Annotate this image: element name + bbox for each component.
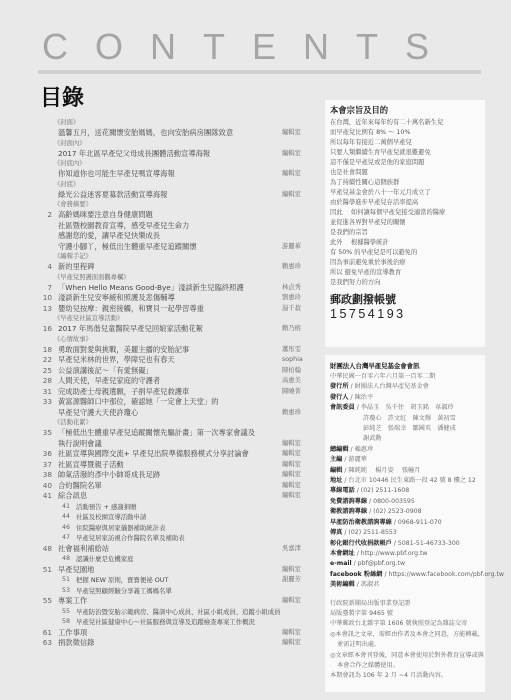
page-number: 25 — [38, 366, 58, 377]
entry-author: 蕭彤雯 — [279, 345, 318, 356]
entry-title: 高齡媽咪要注意自身健康問題 — [58, 210, 279, 221]
field-label: 主編 — [330, 456, 342, 463]
entry-title: 社區宣導暨親子活動 — [58, 460, 279, 471]
colophon-field: 傳真 / (02) 2511-8553 — [330, 528, 485, 538]
spacer — [325, 591, 485, 599]
mission-line: 有 50% 的早產兒是可以避免的 — [330, 248, 485, 258]
account-title: 郵政劃撥帳號 — [330, 293, 485, 306]
page-number: 58 — [38, 617, 76, 628]
toc-entry[interactable]: 37社區宣導暨親子活動編輯室 — [38, 460, 318, 471]
field-value: pbf@pbf.org.tw — [358, 560, 405, 567]
toc-entry[interactable]: 48社會福利補給站吳嘉津 — [38, 544, 318, 555]
field-label: 衛教諮詢專線 — [330, 508, 367, 515]
toc-section-label: 《封底》 — [38, 180, 318, 190]
entry-title: 捐款徵信錄 — [58, 638, 279, 649]
entry-author: 編輯室 — [279, 460, 318, 471]
toc-subentry[interactable]: 53早產兒照顧經驗分享義工媽媽名單 — [38, 586, 318, 597]
entry-title: 完成助產士母親遺願，子捐早產兒救護車 — [58, 387, 279, 398]
entry-title: 執行說明會議 — [58, 439, 279, 450]
entry-author: 編輯室 — [279, 169, 318, 180]
page-number: 40 — [38, 481, 58, 492]
page-number: 55 — [38, 596, 58, 607]
toc-section-label: 《心情故事》 — [38, 335, 318, 345]
field-value: 5081-51-46733-300 — [398, 540, 460, 547]
toc-subentry[interactable]: 51把握 NEW 原則，寶寶便祕 OUT謝麗芳 — [38, 575, 318, 586]
table-of-contents: 《封面》溫馨五月，送花關懷安胎媽媽，也向安胎病房團隊致意編輯室《封面內》2017… — [38, 118, 318, 649]
colophon-field: 地址 / 台北市 10446 民生東路一段 42 號 8 樓之 12 — [330, 476, 485, 486]
toc-entry[interactable]: 63捐款徵信錄編輯室 — [38, 638, 318, 649]
colophon-field: facebook 粉絲網 / https://www.facebook.com/… — [330, 570, 485, 580]
entry-title: 活動預告 + 感謝捐贈 — [76, 502, 279, 513]
toc-subentry[interactable]: 55早產防治暨安胎示範病房、醫訓中心成員、社區小組成員、追蹤小組成員 — [38, 607, 318, 618]
entry-title: 嬰幼兒按摩：親密接觸，和寶貝一起學習尊重 — [58, 304, 279, 315]
mission-line: 在台灣，近年來每年約有二十萬名新生兒 — [330, 118, 485, 128]
committee-line: 謝武勳 — [363, 434, 485, 444]
field-value: 馮淑君 — [361, 581, 380, 588]
entry-title: 住院醫療與居家儀器補助統計表 — [76, 523, 279, 534]
toc-entry[interactable]: 4新的里程碑賴惠珍 — [38, 262, 318, 273]
entry-title: 淺談新生兒安寧緩和照護及悲傷輔導 — [58, 293, 279, 304]
toc-subentry[interactable]: 47早產兒居家訪視合作醫院名單及補助表 — [38, 533, 318, 544]
note-line: 本期會訊為 106 年 2 月 ~4 月活動內容。 — [330, 671, 485, 681]
mission-text: 在台灣，近年來每年約有二十萬名新生兒而早產兒比例有 8% ～ 10%所以每年有接… — [325, 118, 485, 288]
toc-entry[interactable]: 守護小腳丫，極低出生體重早產兒追蹤關懷游麗華 — [38, 242, 318, 253]
page-number: 10 — [38, 293, 58, 304]
page-number: 2 — [38, 210, 58, 221]
entry-author: 吳嘉津 — [279, 544, 318, 555]
issue-line: 中華民國一百零六年六月第一百零二期 — [330, 372, 485, 382]
entry-author: 賴乃榕 — [279, 324, 318, 335]
field-label: 會訊委員 — [330, 404, 355, 411]
toc-section-label: 《封面》 — [38, 118, 318, 128]
page-number: 41 — [38, 491, 58, 502]
entry-title: 工作事項 — [58, 628, 279, 639]
field-label: 專線電話 — [330, 487, 355, 494]
page-number: 46 — [38, 523, 76, 534]
entry-author: 編輯室 — [279, 439, 318, 450]
entry-title: 社區及校園宣導活動申請 — [76, 512, 279, 523]
colophon-field: 編輯 / 陳純純 楊月姿 張幢月 — [330, 466, 485, 476]
toc-entry[interactable]: 61工作事項編輯室 — [38, 628, 318, 639]
page-number: 22 — [38, 355, 58, 366]
committee-line: 彭純芝 張瑞幸 鄒國英 潘健成 — [363, 424, 485, 434]
entry-title: 你知道你也可能生早產兒嗎宣導海報 — [58, 169, 279, 180]
toc-entry[interactable]: 執行說明會議編輯室 — [38, 439, 318, 450]
mission-line: 此外 根據醫學統計 — [330, 238, 485, 248]
colophon-field: 會訊委員 / 李晶玉 吳千住 胡玉銘 韋淑玲 — [330, 403, 485, 413]
toc-entry[interactable]: 2017 年北區早產兒父母成長團體活動宣導海報編輯室 — [38, 149, 318, 160]
entry-author: 編輯室 — [279, 481, 318, 492]
toc-entry[interactable]: 31完成助產士母親遺願，子捐早產兒救護車陳曉菁 — [38, 387, 318, 398]
toc-entry[interactable]: 40合約醫院名單編輯室 — [38, 481, 318, 492]
mission-line: 由於醫學進步早產兒存活率提高 — [330, 198, 485, 208]
page-number: 61 — [38, 628, 58, 639]
entry-author: sophia — [279, 355, 318, 366]
colophon-field: 早產防治衛教諮詢專線 / 0968-911-070 — [330, 518, 485, 528]
committee-line: 許瓊心 許文紅 陳文輝 黃初雪 — [363, 414, 485, 424]
entry-author: 編輯室 — [279, 470, 318, 481]
toc-section-label: 《早產兒照護面面觀專欄》 — [38, 273, 318, 283]
entry-title: 黃富源醫師口中那位，確認她「一定會上天堂」的 — [58, 397, 279, 408]
page-number: 36 — [38, 449, 58, 460]
toc-entry[interactable]: 7「When Hello Means Good-Bye」淺談新生兒臨終照護林貞秀 — [38, 283, 318, 294]
field-value: https://www.facebook.com/pbf.org.tw — [389, 571, 504, 578]
page-title: 目錄 — [40, 85, 84, 111]
page-number: 37 — [38, 460, 58, 471]
toc-entry[interactable]: 51早產兒園地編輯室 — [38, 565, 318, 576]
entry-title: 新的里程碑 — [58, 262, 279, 273]
colophon-field: 專線電話 / (02) 2511-1608 — [330, 486, 485, 496]
toc-entry[interactable]: 22早產兒米林的世界，學障兒也有春天sophia — [38, 355, 318, 366]
field-label: 本會網址 — [330, 550, 355, 557]
field-value: 0968-911-070 — [398, 519, 442, 526]
entry-title: 「極低出生體重早產兒追蹤關懷先驅計畫」第一次專家會議及 — [58, 428, 279, 439]
entry-author: 謝麗芳 — [279, 575, 318, 586]
field-label: 彰化銀行代收捐款帳戶 — [330, 540, 392, 547]
page-number: 18 — [38, 345, 58, 356]
toc-section-label: 《封底內》 — [38, 159, 318, 169]
toc-entry[interactable]: 溫馨五月，送花關懷安胎媽媽，也向安胎病房團隊致意編輯室 — [38, 128, 318, 139]
field-label: facebook 粉絲網 — [330, 571, 383, 578]
toc-section-label: 《會務摘要》 — [38, 200, 318, 210]
field-value: 李晶玉 吳千住 胡玉銘 韋淑玲 — [361, 404, 454, 411]
field-value: (02) 2523-0908 — [373, 508, 421, 515]
field-value: 陳純純 楊月姿 張幢月 — [348, 467, 420, 474]
page-number: 51 — [38, 565, 58, 576]
toc-entry[interactable]: 13嬰幼兒按摩：親密接觸，和寶貝一起學習尊重湯千菽 — [38, 304, 318, 315]
entry-author: 劉惠玲 — [279, 293, 318, 304]
mission-line: 因為事前避免重於事後治療 — [330, 258, 485, 268]
entry-title: 綜合訊息 — [58, 491, 279, 502]
entry-author: 編輯室 — [279, 190, 318, 201]
entry-title: 認識什麼是危機家庭 — [76, 554, 279, 565]
colophon-field: 衛教諮詢專線 / (02) 2523-0908 — [330, 507, 485, 517]
toc-section-label: 《早產兒社區宣導活動》 — [38, 314, 318, 324]
mission-line: 所以 避免早產的宣導教育 — [330, 268, 485, 278]
toc-section-label: 《活動花絮》 — [38, 418, 318, 428]
toc-subentry[interactable]: 46住院醫療與居家儀器補助統計表 — [38, 523, 318, 534]
toc-entry[interactable]: 55專案工作編輯室 — [38, 596, 318, 607]
entry-title: 守護小腳丫，極低出生體重早產兒追蹤關懷 — [58, 242, 279, 253]
entry-title: 早產防治暨安胎示範病房、醫訓中心成員、社區小組成員、追蹤小組成員 — [76, 607, 281, 618]
page-number: 63 — [38, 638, 58, 649]
note-line: ◎文章經本會刊登後，同意本會使用於對外教育宣導或與本會合作之媒體使用。 — [330, 651, 485, 672]
entry-title: 人間天使，早產兒家庭的守護者 — [58, 376, 279, 387]
field-value: 游麗華 — [348, 456, 367, 463]
field-label: 美術編輯 — [330, 581, 355, 588]
toc-entry[interactable]: 10淺談新生兒安寧緩和照護及悲傷輔導劉惠玲 — [38, 293, 318, 304]
toc-entry[interactable]: 18勇敢面對愛與挑戰，美麗主播的安胎記事蕭彤雯 — [38, 345, 318, 356]
entry-title: 合約醫院名單 — [58, 481, 279, 492]
entry-title: 早產兒居家訪視合作醫院名單及補助表 — [76, 533, 279, 544]
toc-entry[interactable]: 41綜合訊息編輯室 — [38, 491, 318, 502]
entry-title: 綠光公益迷客夏募款活動宣導海報 — [58, 190, 279, 201]
mission-panel: 本會宗旨及目的 在台灣，近年來每年約有二十萬名新生兒而早產兒比例有 8% ～ 1… — [325, 100, 485, 347]
mission-line: 並促進各界對早產兒的關懷 — [330, 218, 485, 228]
toc-entry[interactable]: 162017 年馬偕兒童醫院早產兒回娘家活動花絮賴乃榕 — [38, 324, 318, 335]
mission-line: 是我們努力的方向 — [330, 278, 485, 288]
field-value: 0800-003595 — [373, 498, 415, 505]
toc-subentry[interactable]: 58早產兒社區健康中心～社區服務與宣導及追蹤檢查專案工作概況 — [38, 617, 318, 628]
mission-line: 只要人類繼續生育早產兒就很難避免 — [330, 148, 485, 158]
colophon-field: 免費諮詢專線 / 0800-003595 — [330, 497, 485, 507]
entry-title: 早產兒園地 — [58, 565, 279, 576]
colophon-title: 財團法人台灣早產兒基金會會訊 — [330, 361, 485, 371]
entry-author: 陳柏翰 — [279, 366, 318, 377]
colophon-body: 發行所 / 財團法人台灣早產兒基金會發行人 / 陳治平會訊委員 / 李晶玉 吳千… — [325, 382, 485, 681]
field-label: 傳真 — [330, 529, 342, 536]
page-number: 38 — [38, 470, 58, 481]
entry-title: 2017 年北區早產兒父母成長團體活動宣導海報 — [58, 149, 279, 160]
header-divider — [38, 70, 481, 74]
toc-entry[interactable]: 綠光公益迷客夏募款活動宣導海報編輯室 — [38, 190, 318, 201]
mission-line: 也是社會問題 — [330, 168, 485, 178]
toc-entry[interactable]: 早產兒守護大天使許瓊心賴惠珍 — [38, 408, 318, 419]
mission-line: 是我們的宗旨 — [330, 228, 485, 238]
page-number: 53 — [38, 586, 76, 597]
mission-line: 而早產兒比例有 8% ～ 10% — [330, 128, 485, 138]
mission-title: 本會宗旨及目的 — [330, 104, 485, 116]
entry-author: 賴惠珍 — [279, 262, 318, 273]
entry-author: 編輯室 — [279, 491, 318, 502]
account-number: 15754193 — [330, 306, 485, 322]
field-value: 賴惠珍 — [355, 446, 374, 453]
page-number: 55 — [38, 607, 76, 618]
entry-title: 公益演講後記～「有愛無礙」 — [58, 366, 279, 377]
entry-title: 感謝您的愛，讓早產兒快樂成長 — [58, 231, 279, 242]
entry-title: 2017 年馬偕兒童醫院早產兒回娘家活動花絮 — [58, 324, 279, 335]
entry-title: 社會福利補給站 — [58, 544, 279, 555]
entry-title: 專案工作 — [58, 596, 279, 607]
page-number: 13 — [38, 304, 58, 315]
entry-author: 編輯室 — [279, 449, 318, 460]
page-number: 31 — [38, 387, 58, 398]
entry-author: 編輯室 — [279, 128, 318, 139]
field-label: 發行所 — [330, 383, 349, 390]
page-number: 28 — [38, 376, 58, 387]
entry-author: 編輯室 — [279, 638, 318, 649]
colophon-field: 本會網址 / http://www.pbf.org.tw — [330, 549, 485, 559]
field-label: 免費諮詢專線 — [330, 498, 367, 505]
contents-banner: CONTENTS — [42, 30, 482, 64]
toc-section-label: 《編輯手記》 — [38, 252, 318, 262]
toc-subentry[interactable]: 48認識什麼是危機家庭 — [38, 554, 318, 565]
field-value: 陳治平 — [355, 394, 374, 401]
entry-title: 早產兒社區健康中心～社區服務與宣導及追蹤檢查專案工作概況 — [76, 617, 279, 628]
toc-entry[interactable]: 35「極低出生體重早產兒追蹤關懷先驅計畫」第一次專家會議及 — [38, 428, 318, 439]
page-number: 4 — [38, 262, 58, 273]
field-label: 早產防治衛教諮詢專線 — [330, 519, 392, 526]
entry-title: 早產兒米林的世界，學障兒也有春天 — [58, 355, 279, 366]
page-number: 7 — [38, 283, 58, 294]
field-value: (02) 2511-8553 — [348, 529, 396, 536]
field-label: e-mail — [330, 560, 352, 567]
entry-author: 高惠美 — [279, 376, 318, 387]
page-number: 41 — [38, 502, 76, 513]
field-label: 編輯 — [330, 467, 342, 474]
entry-title: 溫馨五月，送花關懷安胎媽媽，也向安胎病房團隊致意 — [58, 128, 279, 139]
entry-title: 帥氣活潑的彥中小帥哥成長足跡 — [58, 470, 279, 481]
colophon-field: 彰化銀行代收捐款帳戶 / 5081-51-46733-300 — [330, 539, 485, 549]
entry-author: 林貞秀 — [279, 283, 318, 294]
toc-entry[interactable]: 你知道你也可能生早產兒嗎宣導海報編輯室 — [38, 169, 318, 180]
colophon-panel: 財團法人台灣早產兒基金會會訊 中華民國一百零六年六月第一百零二期 發行所 / 財… — [325, 355, 485, 692]
toc-subentry[interactable]: 41活動預告 + 感謝捐贈 — [38, 502, 318, 513]
field-label: 地址 — [330, 477, 342, 484]
note-line: 局版臺製字第 9465 號 — [330, 609, 485, 619]
page-number: 51 — [38, 575, 76, 586]
page-number: 48 — [38, 554, 76, 565]
page-number: 33 — [38, 397, 58, 408]
mission-line: 所以每年有接近二萬個早產兒 — [330, 138, 485, 148]
entry-author: 游麗華 — [279, 242, 318, 253]
colophon-field: 總編輯 / 賴惠珍 — [330, 445, 485, 455]
field-value: http://www.pbf.org.tw — [361, 550, 428, 557]
entry-title: 社區暨校園教育宣導，感受早產兒生命力 — [58, 221, 279, 232]
note-line: 行政院新聞局出版事業登記證 — [330, 599, 485, 609]
toc-entry[interactable]: 25公益演講後記～「有愛無礙」陳柏翰 — [38, 366, 318, 377]
colophon-field: e-mail / pbf@pbf.org.tw — [330, 559, 485, 569]
toc-entry[interactable]: 感謝您的愛，讓早產兒快樂成長 — [38, 231, 318, 242]
colophon-field: 主編 / 游麗華 — [330, 455, 485, 465]
colophon-field: 發行人 / 陳治平 — [330, 393, 485, 403]
entry-author: 湯千菽 — [279, 304, 318, 315]
page-number: 47 — [38, 533, 76, 544]
entry-title: 早產兒照顧經驗分享義工媽媽名單 — [76, 586, 279, 597]
entry-title: 早產兒守護大天使許瓊心 — [58, 408, 279, 419]
field-value: (02) 2511-1608 — [361, 487, 409, 494]
field-value: 財團法人台灣早產兒基金會 — [355, 383, 429, 390]
entry-author: 編輯室 — [279, 565, 318, 576]
toc-entry[interactable]: 36社區宣導與國際交流+ 早產兒出院準備服務模式分享討論會編輯室 — [38, 449, 318, 460]
entry-title: 勇敢面對愛與挑戰，美麗主播的安胎記事 — [58, 345, 279, 356]
note-line: 中華郵政台北雜字第 1606 號執照登記為雜誌交寄 — [330, 619, 485, 629]
toc-entry[interactable]: 33黃富源醫師口中那位，確認她「一定會上天堂」的 — [38, 397, 318, 408]
colophon-field: 發行所 / 財團法人台灣早產兒基金會 — [330, 382, 485, 392]
colophon-field: 美術編輯 / 馮淑君 — [330, 580, 485, 590]
page-number: 35 — [38, 428, 58, 439]
mission-line: 早產兒基金會於八十一年元月成立了 — [330, 188, 485, 198]
toc-entry[interactable]: 38帥氣活潑的彥中小帥哥成長足跡編輯室 — [38, 470, 318, 481]
note-line: ◎本會訊之文章，需經由作者及本會之同意，方能轉載，並需註明出處。 — [330, 630, 485, 651]
mission-line: 因此 如何讓每個早產兒接受適當的醫療 — [330, 208, 485, 218]
entry-title: 社區宣導與國際交流+ 早產兒出院準備服務模式分享討論會 — [58, 449, 279, 460]
toc-entry[interactable]: 2高齡媽咪要注意自身健康問題 — [38, 210, 318, 221]
entry-author: 陳曉菁 — [279, 387, 318, 398]
entry-author: 編輯室 — [279, 628, 318, 639]
toc-subentry[interactable]: 44社區及校園宣導活動申請 — [38, 512, 318, 523]
field-value: 台北市 10446 民生東路一段 42 號 8 樓之 12 — [348, 477, 475, 484]
toc-entry[interactable]: 28人間天使，早產兒家庭的守護者高惠美 — [38, 376, 318, 387]
page-number: 44 — [38, 512, 76, 523]
entry-author: 賴惠珍 — [279, 408, 318, 419]
toc-section-label: 《封面內》 — [38, 139, 318, 149]
entry-author: 編輯室 — [279, 149, 318, 160]
field-label: 發行人 — [330, 394, 349, 401]
entry-author: 編輯室 — [279, 596, 318, 607]
entry-title: 「When Hello Means Good-Bye」淺談新生兒臨終照護 — [58, 283, 279, 294]
toc-entry[interactable]: 社區暨校園教育宣導，感受早產兒生命力 — [38, 221, 318, 232]
entry-title: 把握 NEW 原則，寶寶便祕 OUT — [76, 575, 279, 586]
mission-line: 這不僅是早產兒或是他的家庭問題 — [330, 158, 485, 168]
page-number: 16 — [38, 324, 58, 335]
page-number: 48 — [38, 544, 58, 555]
mission-line: 為了持續性關心這個族群 — [330, 178, 485, 188]
field-label: 總編輯 — [330, 446, 349, 453]
